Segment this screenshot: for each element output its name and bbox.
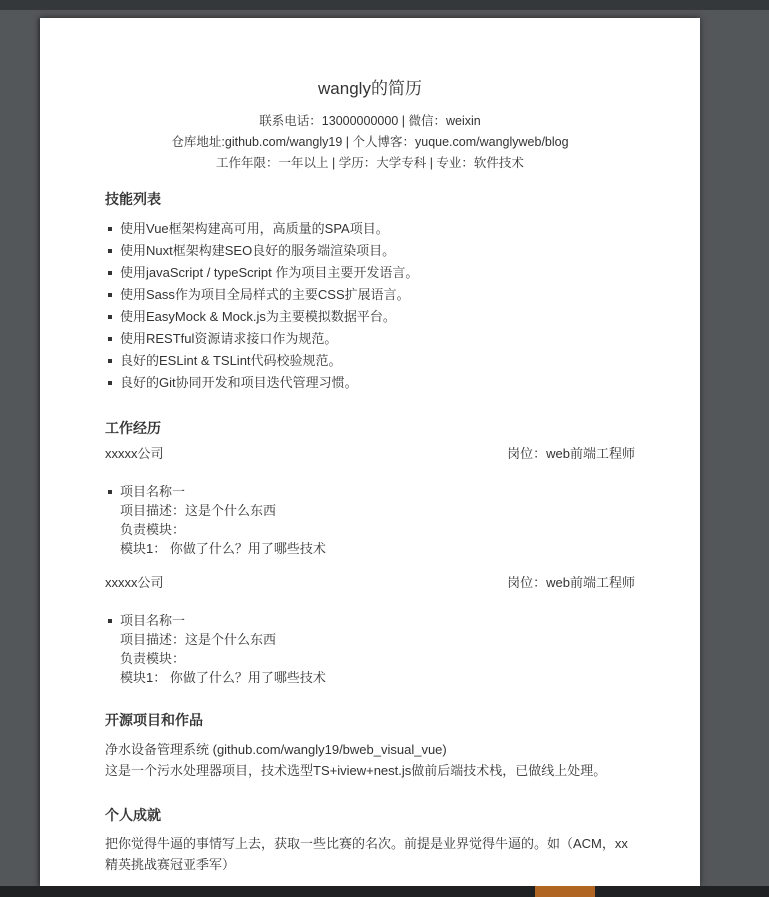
page-title: wangly的简历 [105, 77, 635, 101]
skills-list-item: 使用Nuxt框架构建SEO良好的服务端渲染项目。 [105, 240, 635, 262]
section-heading-skills: 技能列表 [105, 190, 635, 209]
skills-list-item: 良好的Git协同开发和项目迭代管理习惯。 [105, 372, 635, 394]
job-position: 岗位：web前端工程师 [507, 444, 635, 463]
job-header-row: xxxxx公司 岗位：web前端工程师 [105, 444, 635, 463]
job-block: xxxxx公司 岗位：web前端工程师 项目名称一 项目描述：这是个什么东西 负… [105, 573, 635, 687]
project-desc-line: 项目描述：这是个什么东西 [105, 630, 635, 649]
open-source-desc-line: 这是一个污水处理器项目，技术选型TS+iview+nest.js做前后端技术栈，… [105, 760, 635, 781]
job-position: 岗位：web前端工程师 [507, 573, 635, 592]
taskbar [0, 886, 769, 897]
job-block: xxxxx公司 岗位：web前端工程师 项目名称一 项目描述：这是个什么东西 负… [105, 444, 635, 558]
skills-list-item: 良好的ESLint & TSLint代码校验规范。 [105, 350, 635, 372]
project-module1-line: 模块1： 你做了什么？用了哪些技术 [105, 539, 635, 558]
skills-list: 使用Vue框架构建高可用，高质量的SPA项目。 使用Nuxt框架构建SEO良好的… [105, 218, 635, 394]
project-name-line: 项目名称一 [105, 611, 635, 630]
skills-list-item: 使用Vue框架构建高可用，高质量的SPA项目。 [105, 218, 635, 240]
project-module1-line: 模块1： 你做了什么？用了哪些技术 [105, 668, 635, 687]
skills-list-item: 使用javaScript / typeScript 作为项目主要开发语言。 [105, 262, 635, 284]
project-modules-line: 负责模块： [105, 520, 635, 539]
contact-line-phone: 联系电话：13000000000 | 微信：weixin [105, 111, 635, 132]
project-item: 项目名称一 项目描述：这是个什么东西 负责模块： 模块1： 你做了什么？用了哪些… [105, 482, 635, 558]
achievements-paragraph: 把你觉得牛逼的事情写上去，获取一些比赛的名次。前提是业界觉得牛逼的。如（ACM，… [105, 833, 635, 875]
project-name-line: 项目名称一 [105, 482, 635, 501]
section-heading-experience: 工作经历 [105, 419, 635, 438]
company-name: xxxxx公司 [105, 444, 164, 463]
window-top-bar [0, 0, 769, 10]
open-source-block: 净水设备管理系统 (github.com/wangly19/bweb_visua… [105, 739, 635, 781]
project-desc-line: 项目描述：这是个什么东西 [105, 501, 635, 520]
project-modules-line: 负责模块： [105, 649, 635, 668]
project-item: 项目名称一 项目描述：这是个什么东西 负责模块： 模块1： 你做了什么？用了哪些… [105, 611, 635, 687]
contact-line-repo: 仓库地址:github.com/wangly19 | 个人博客：yuque.co… [105, 132, 635, 153]
document-viewport[interactable]: wangly的简历 联系电话：13000000000 | 微信：weixin 仓… [0, 10, 769, 886]
job-header-row: xxxxx公司 岗位：web前端工程师 [105, 573, 635, 592]
section-heading-achievements: 个人成就 [105, 806, 635, 825]
taskbar-active-app-indicator[interactable] [535, 886, 595, 897]
company-name: xxxxx公司 [105, 573, 164, 592]
skills-list-item: 使用EasyMock & Mock.js为主要模拟数据平台。 [105, 306, 635, 328]
contact-info: 联系电话：13000000000 | 微信：weixin 仓库地址:github… [105, 111, 635, 174]
section-heading-open-source: 开源项目和作品 [105, 711, 635, 730]
contact-line-work: 工作年限：一年以上 | 学历：大学专科 | 专业：软件技术 [105, 153, 635, 174]
open-source-project-line: 净水设备管理系统 (github.com/wangly19/bweb_visua… [105, 739, 635, 760]
skills-list-item: 使用RESTful资源请求接口作为规范。 [105, 328, 635, 350]
resume-page: wangly的简历 联系电话：13000000000 | 微信：weixin 仓… [40, 18, 700, 886]
skills-list-item: 使用Sass作为项目全局样式的主要CSS扩展语言。 [105, 284, 635, 306]
